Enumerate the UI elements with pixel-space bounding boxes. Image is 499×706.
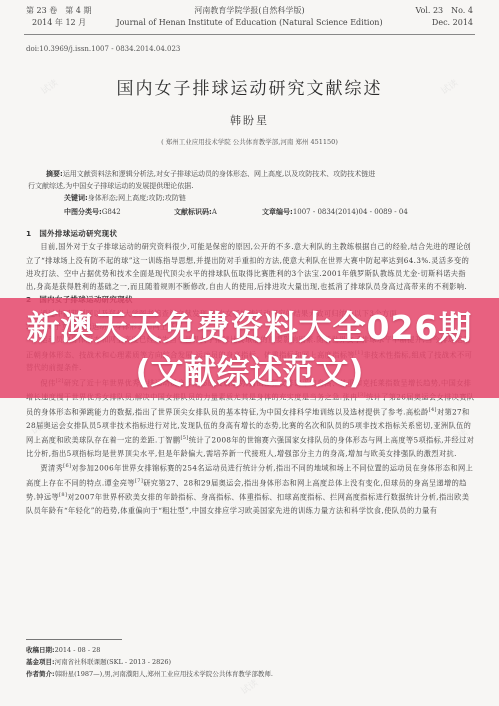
- clc-value: G842: [102, 208, 121, 216]
- volume-issue-en: Vol. 23 No. 4 Dec. 2014: [415, 5, 473, 29]
- bio-label: 作者简介:: [26, 670, 55, 678]
- vol-no-text: Vol. 23 No. 4: [415, 5, 473, 17]
- fund-value: 河南省社科联课题(SKL - 2013 - 2826): [55, 658, 171, 666]
- author-bio: 作者简介:韩盼星(1987—),男,河南濮阳人,郑州工业应用技术学院公共体育教学…: [26, 668, 273, 680]
- section-2-1-paragraph-3: 贾清秀[6]对参加2006年世界女排锦标赛的254名运动员进行统计分析,指出不同…: [26, 460, 475, 517]
- para-text: 对2007年世界杯欧美女排的年龄指标、身高指标、体重指标、扣球高度指标、拦网高度…: [26, 493, 469, 515]
- clc-group: 中图分类号:G842: [64, 207, 174, 217]
- fund-label: 基金项目:: [26, 658, 55, 666]
- header-divider: [24, 34, 475, 35]
- section-1-paragraph: 目前,国外对于女子排球运动的研究资料很少,可能是保密的原因,公开的不多.意大利队…: [26, 240, 475, 293]
- citation-ref: [4]: [429, 407, 437, 413]
- keywords-label: 关键词:: [64, 194, 88, 202]
- article-title: 国内女子排球运动研究文献综述: [0, 74, 499, 99]
- keywords: 身体形态;网上高度;攻防;攻防链: [88, 194, 186, 202]
- abstract-label: 摘要:: [46, 170, 63, 178]
- para-text: 贾清秀: [40, 463, 63, 472]
- received-date: 收稿日期:2014 - 08 - 28: [26, 644, 273, 656]
- author-name: 韩盼星: [0, 112, 499, 128]
- received-value: 2014 - 08 - 28: [55, 646, 101, 654]
- abstract-line-1: 摘要:运用文献资料法和逻辑分析法,对女子排球运动员的身体形态、网上高度,以及攻防…: [46, 168, 447, 180]
- fund-project: 基金项目:河南省社科联课题(SKL - 2013 - 2826): [26, 656, 273, 668]
- clc-label: 中图分类号:: [64, 208, 102, 216]
- abstract: 摘要:运用文献资料法和逻辑分析法,对女子排球运动员的身体形态、网上高度,以及攻防…: [46, 168, 447, 192]
- doi: doi:10.3969/j.issn.1007 - 0834.2014.04.0…: [26, 45, 180, 53]
- footnote-divider: [26, 639, 122, 640]
- classification-row: 中图分类号:G842文献标识码:A文章编号:1007 - 0834(2014)0…: [64, 207, 459, 217]
- bio-value: 韩盼星(1987—),男,河南濮阳人,郑州工业应用技术学院公共体育教学部教师.: [55, 670, 273, 678]
- citation-ref: [7]: [135, 478, 143, 484]
- abstract-text-1: 运用文献资料法和逻辑分析法,对女子排球运动员的身体形态、网上高度,以及攻防技术、…: [63, 170, 375, 178]
- doc-code-value: A: [212, 208, 217, 216]
- received-label: 收稿日期:: [26, 646, 55, 654]
- overlay-banner-title: 新澳天天免费资料大全026期: [0, 302, 499, 349]
- article-no-value: 1007 - 0834(2014)04 - 0089 - 04: [293, 208, 408, 216]
- overlay-banner-subtitle: (文献综述范文): [0, 346, 499, 393]
- doc-code-label: 文献标识码:: [174, 208, 212, 216]
- abstract-line-2: 行文献综述,为中国女子排球运动的发展提供理论依据.: [28, 180, 447, 192]
- journal-page: 第 23 卷 第 4 期 2014 年 12 月 河南教育学院学报(自然科学版)…: [0, 0, 499, 706]
- section-1-heading: 1 国外排球运动研究现状: [26, 227, 475, 240]
- author-affiliation: ( 郑州工业应用技术学院 公共体育教学部,河南 郑州 451150): [0, 137, 499, 146]
- date-en-text: Dec. 2014: [415, 17, 473, 29]
- doc-code-group: 文献标识码:A: [174, 207, 262, 217]
- keywords-row: 关键词:身体形态;网上高度;攻防;攻防链: [64, 193, 459, 203]
- article-no-group: 文章编号:1007 - 0834(2014)04 - 0089 - 04: [262, 208, 408, 216]
- citation-ref: [5]: [180, 435, 188, 441]
- article-no-label: 文章编号:: [262, 208, 293, 216]
- footnotes: 收稿日期:2014 - 08 - 28 基金项目:河南省社科联课题(SKL - …: [26, 644, 273, 680]
